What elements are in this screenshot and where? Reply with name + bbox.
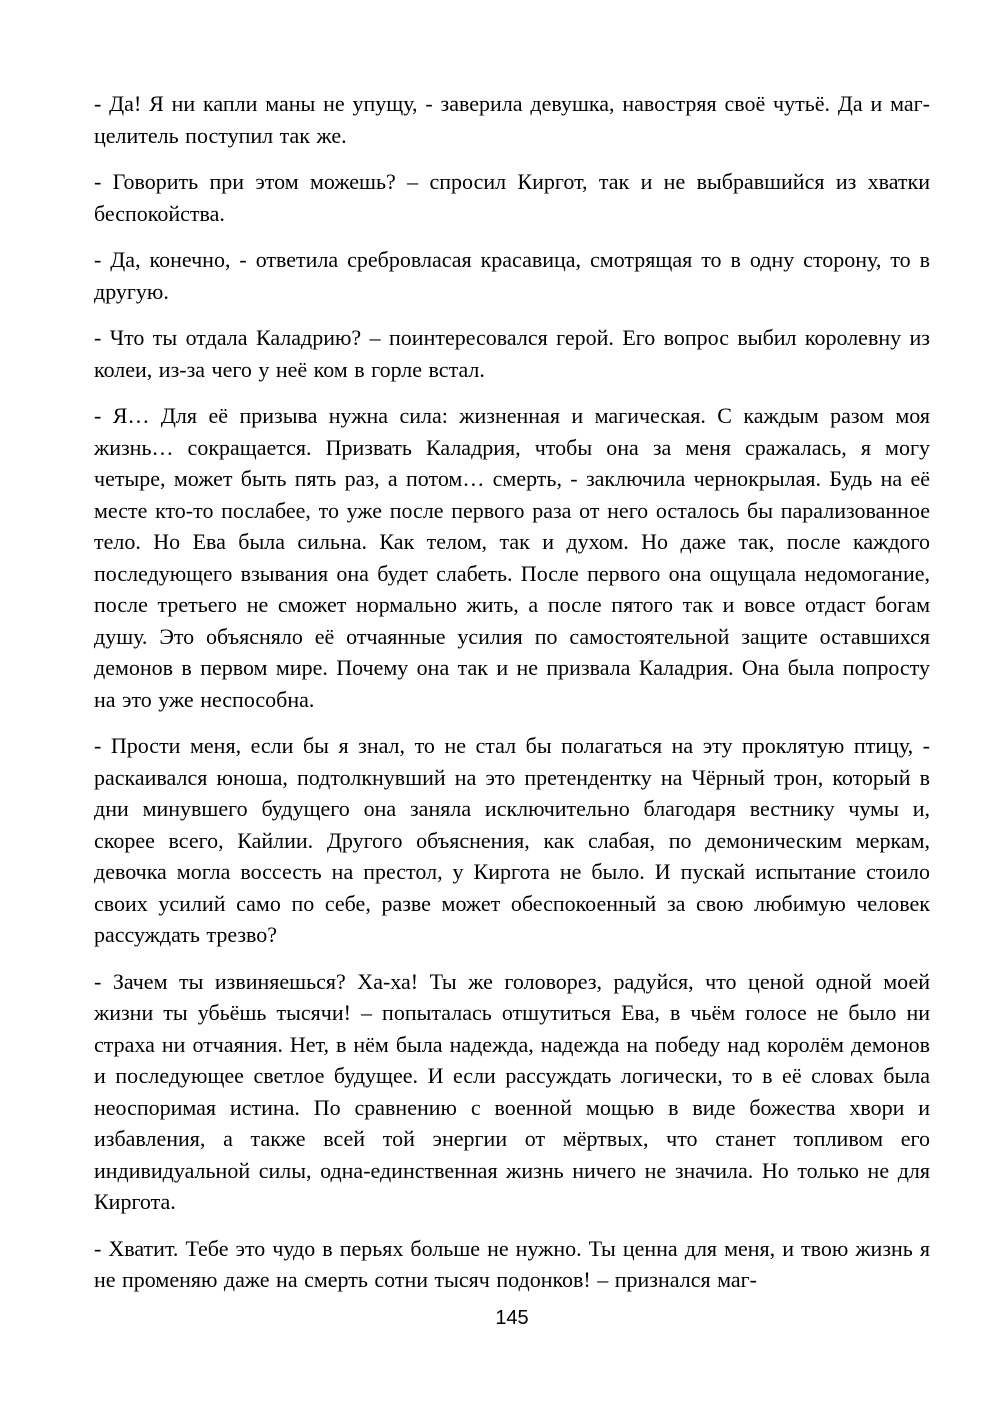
paragraph: - Да! Я ни капли маны не упущу, - завери… xyxy=(94,88,930,151)
text-body: - Да! Я ни капли маны не упущу, - завери… xyxy=(94,88,930,1311)
paragraph: - Я… Для её призыва нужна сила: жизненна… xyxy=(94,400,930,715)
paragraph: - Зачем ты извиняешься? Ха-ха! Ты же гол… xyxy=(94,966,930,1218)
paragraph: - Да, конечно, - ответила сребровласая к… xyxy=(94,244,930,307)
paragraph: - Хватит. Тебе это чудо в перьях больше … xyxy=(94,1233,930,1296)
page-number: 145 xyxy=(94,1305,930,1331)
paragraph: - Прости меня, если бы я знал, то не ста… xyxy=(94,730,930,951)
document-page: - Да! Я ни капли маны не упущу, - завери… xyxy=(0,0,1000,1414)
paragraph: - Говорить при этом можешь? – спросил Ки… xyxy=(94,166,930,229)
paragraph: - Что ты отдала Каладрию? – поинтересова… xyxy=(94,322,930,385)
